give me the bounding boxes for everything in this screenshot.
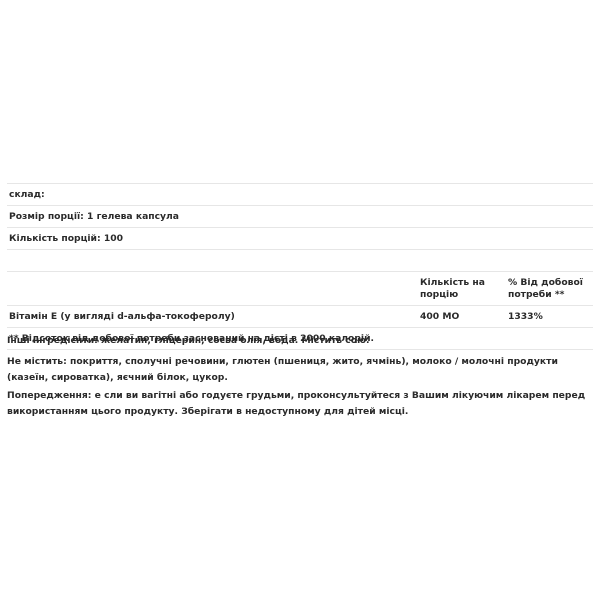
supplement-facts-table: склад: Розмір порції: 1 гелева капсула К… bbox=[7, 183, 593, 350]
serving-size-row: Розмір порції: 1 гелева капсула bbox=[7, 205, 593, 227]
composition-title-row: склад: bbox=[7, 183, 593, 205]
does-not-contain: Не містить: покриття, сполучні речовини,… bbox=[7, 354, 593, 386]
table-row: Вітамін Е (у вигляді d-альфа-токоферолу)… bbox=[7, 305, 593, 327]
composition-title: склад: bbox=[9, 189, 45, 200]
servings-per-container-row: Кількість порцій: 100 bbox=[7, 227, 593, 249]
daily-value-header: % Від добової потреби ** bbox=[508, 277, 593, 301]
nutrient-amount: 400 МО bbox=[420, 311, 508, 323]
amount-header: Кількість на порцію bbox=[420, 277, 508, 301]
warning: Попередження: е сли ви вагітні або годує… bbox=[7, 388, 593, 420]
spacer-row bbox=[7, 249, 593, 271]
nutrient-name: Вітамін Е (у вигляді d-альфа-токоферолу) bbox=[7, 311, 420, 322]
other-ingredients: Інші інгредієнти: желатин, гліцерин, соє… bbox=[7, 333, 593, 349]
servings-per-container: Кількість порцій: 100 bbox=[9, 233, 123, 244]
nutrient-daily-value: 1333% bbox=[508, 311, 593, 323]
table-header-row: Кількість на порцію % Від добової потреб… bbox=[7, 271, 593, 305]
serving-size: Розмір порції: 1 гелева капсула bbox=[9, 211, 179, 222]
